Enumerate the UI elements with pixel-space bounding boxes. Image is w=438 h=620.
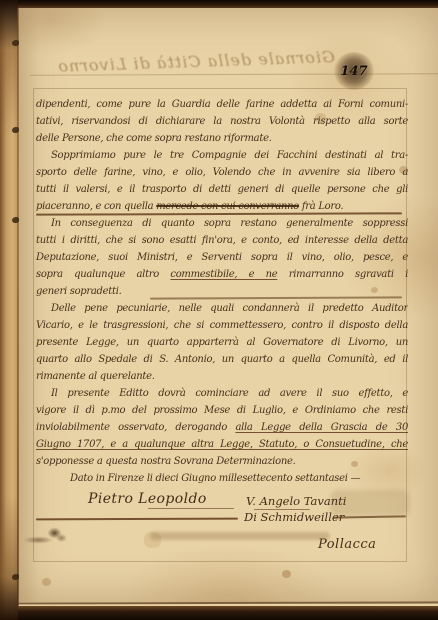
text-segment: rimarranno sgravati i <box>277 269 408 280</box>
page-bottom-edge-line <box>10 601 438 604</box>
binding-stitch <box>12 127 19 133</box>
manuscript-lines: dipendenti, come pure la Guardia delle f… <box>36 96 408 487</box>
manuscript-line: sopra qualunque altro commestibile, e ne… <box>36 266 408 283</box>
text-segment: sporto delle farine, vino, e olio, Volen… <box>36 167 408 178</box>
text-segment: inviolabilmente osservato, derogando <box>36 422 235 433</box>
signature-pollacca: Pollacca <box>318 537 376 552</box>
folio-number: 147 <box>340 64 367 79</box>
binding-stitch <box>12 574 19 580</box>
manuscript-line: delle Persone, che come sopra restano ri… <box>36 130 408 147</box>
text-segment: quarto allo Spedale di S. Antonio, un qu… <box>36 354 408 365</box>
signature-angelo-tavanti: V. Angelo Tavanti <box>246 494 346 508</box>
text-segment: tutti il valersi, e il trasporto di dett… <box>36 184 408 195</box>
ink-blotch: 147 <box>334 52 374 90</box>
text-segment: s'opponesse a questa nostra Sovrana Dete… <box>36 456 295 467</box>
text-segment: dipendenti, come pure la Guardia delle f… <box>36 99 408 110</box>
text-segment: mercede con cui converranno <box>156 201 299 212</box>
text-segment: Giugno 1707, e a qualunque altra Legge, … <box>36 439 408 450</box>
gutter-fold-line <box>17 8 19 606</box>
manuscript-line: sporto delle farine, vino, e olio, Volen… <box>36 164 408 181</box>
manuscript-line: Giugno 1707, e a qualunque altra Legge, … <box>36 436 408 453</box>
text-segment: commestibile, e ne <box>170 269 277 280</box>
text-segment: Delle pene pecuniarie, nelle quali conda… <box>51 303 408 314</box>
manuscript-line: dipendenti, come pure la Guardia delle f… <box>36 96 408 113</box>
manuscript-line: Dato in Firenze li dieci Giugno milleset… <box>36 470 408 487</box>
text-segment: In conseguenza di quanto sopra restano g… <box>51 218 408 229</box>
marginal-ink-mark <box>20 526 66 546</box>
manuscript-line: tativi, riservandosi di dichiarare la no… <box>36 113 408 130</box>
text-segment: delle Persone, che come sopra restano ri… <box>36 133 272 144</box>
text-segment: rimanente al querelante. <box>36 371 155 382</box>
text-segment: tutti i diritti, che si sono esatti fin'… <box>36 235 408 246</box>
manuscript-line: rimanente al querelante. <box>36 368 408 385</box>
signature-schmidweiller: Di Schmidweiller <box>244 510 344 524</box>
manuscript-photo: Giornale della Città di Livorno 147 dipe… <box>0 0 438 620</box>
text-segment: generi sopradetti. <box>36 286 121 297</box>
text-segment: vigore il dì p.mo del prossimo Mese di L… <box>36 405 408 416</box>
manuscript-line: inviolabilmente osservato, derogando all… <box>36 419 408 436</box>
manuscript-line: tutti i diritti, che si sono esatti fin'… <box>36 232 408 249</box>
text-segment: Dato in Firenze li dieci Giugno milleset… <box>70 473 360 484</box>
text-segment: presente Legge, un quarto apparterrà al … <box>36 337 408 348</box>
manuscript-line: vigore il dì p.mo del prossimo Mese di L… <box>36 402 408 419</box>
text-segment: Vicario, e le trasgressioni, che si comm… <box>36 320 408 331</box>
manuscript-line: Sopprimiamo pure le tre Compagnie dei Fa… <box>36 147 408 164</box>
manuscript-line: In conseguenza di quanto sopra restano g… <box>36 215 408 232</box>
text-segment: alla Legge della Grascia de 30 <box>235 422 408 433</box>
text-segment: piaceranno, e con quella <box>36 201 156 212</box>
text-segment: tativi, riservandosi di dichiarare la no… <box>36 116 408 127</box>
text-segment: Deputazione, suoi Ministri, e Serventi s… <box>36 252 408 263</box>
binding-left <box>0 0 18 620</box>
text-segment: sopra qualunque altro <box>36 269 170 280</box>
manuscript-line: tutti il valersi, e il trasporto di dett… <box>36 181 408 198</box>
book-cover-bottom-edge <box>0 606 438 620</box>
text-segment: frà Loro. <box>299 201 343 212</box>
text-segment: Sopprimiamo pure le tre Compagnie dei Fa… <box>51 150 408 161</box>
binding-stitch <box>12 217 19 223</box>
manuscript-line: Delle pene pecuniarie, nelle quali conda… <box>36 300 408 317</box>
manuscript-line: quarto allo Spedale di S. Antonio, un qu… <box>36 351 408 368</box>
manuscript-line: Deputazione, suoi Ministri, e Serventi s… <box>36 249 408 266</box>
manuscript-line: presente Legge, un quarto apparterrà al … <box>36 334 408 351</box>
bleedthrough-smudge <box>150 532 330 540</box>
binding-stitch <box>12 40 19 46</box>
manuscript-line: Il presente Editto dovrà cominciare ad a… <box>36 385 408 402</box>
book-cover-top-edge <box>0 0 438 8</box>
text-segment: Il presente Editto dovrà cominciare ad a… <box>51 388 408 399</box>
signature-pietro-leopoldo: Pietro Leopoldo <box>88 491 207 507</box>
manuscript-line: Vicario, e le trasgressioni, che si comm… <box>36 317 408 334</box>
manuscript-line: s'opponesse a questa nostra Sovrana Dete… <box>36 453 408 470</box>
